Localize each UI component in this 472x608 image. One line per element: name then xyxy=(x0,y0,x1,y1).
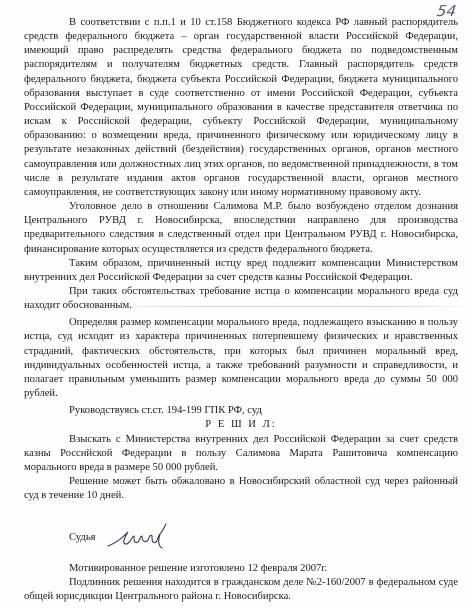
signature-icon xyxy=(104,522,174,552)
document-body: В соответствии с п.п.1 и 10 ст.158 Бюдже… xyxy=(24,16,458,503)
document-page: 54 В соответствии с п.п.1 и 10 ст.158 Бю… xyxy=(0,0,472,608)
paragraph-compensation-amount: Определяя размер компенсации морального … xyxy=(24,316,458,401)
footer-original-location: Подлинник решения находится в гражданско… xyxy=(24,576,458,604)
paragraph-compensation-liability: Таким образом, причиненный истцу вред по… xyxy=(24,257,458,285)
judge-label: Судья xyxy=(69,532,96,543)
decision-paragraph-recover: Взыскать с Министерства внутренних дел Р… xyxy=(24,433,458,475)
footer-prepared-date: Мотивированное решение изготовлено 12 фе… xyxy=(24,562,458,576)
paragraph-legal-basis: Руководствуясь ст.ст. 194-199 ГПК РФ, су… xyxy=(24,404,458,418)
paragraph-budget-code: В соответствии с п.п.1 и 10 ст.158 Бюдже… xyxy=(24,16,458,200)
decision-heading: Р Е Ш И Л: xyxy=(24,418,458,432)
judge-signature-block: Судья xyxy=(69,522,174,552)
document-footer: Мотивированное решение изготовлено 12 фе… xyxy=(24,562,458,604)
scan-artifact-line xyxy=(100,306,470,307)
paragraph-criminal-case: Уголовное дело в отношении Салимова М.Р.… xyxy=(24,200,458,257)
paragraph-claim-justified: При таких обстоятельствах требование ист… xyxy=(24,285,458,313)
decision-paragraph-appeal: Решение может быть обжаловано в Новосиби… xyxy=(24,475,458,503)
